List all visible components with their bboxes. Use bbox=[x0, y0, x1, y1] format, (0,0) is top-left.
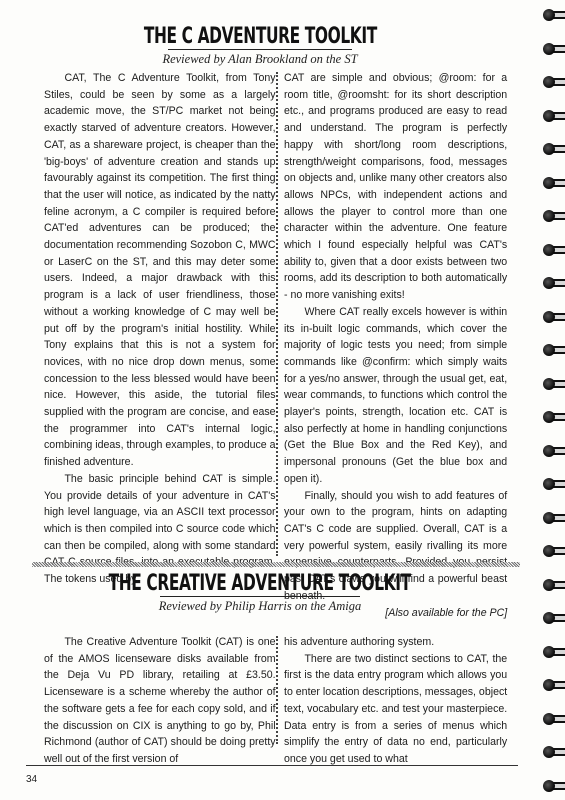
article1-header: THE C ADVENTURE TOOLKIT Reviewed by Alan… bbox=[0, 26, 520, 67]
article1-title: THE C ADVENTURE TOOLKIT bbox=[139, 26, 381, 48]
paragraph: his adventure authoring system. bbox=[284, 634, 507, 651]
spiral-ring-icon bbox=[543, 478, 565, 490]
spiral-ring-icon bbox=[543, 43, 565, 55]
spiral-ring-icon bbox=[543, 579, 565, 591]
article2-title: THE CREATIVE ADVENTURE TOOLKIT bbox=[104, 573, 415, 595]
article2-right-column: his adventure authoring system. There ar… bbox=[284, 634, 507, 768]
spiral-ring-icon bbox=[543, 612, 565, 624]
title-underline bbox=[168, 49, 352, 50]
spiral-ring-icon bbox=[543, 244, 565, 256]
spiral-ring-icon bbox=[543, 545, 565, 557]
spiral-ring-icon bbox=[543, 780, 565, 792]
footer-rule bbox=[26, 765, 518, 766]
article-separator bbox=[32, 562, 520, 567]
paragraph: There are two distinct sections to CAT, … bbox=[284, 651, 507, 768]
article1-right-column: CAT are simple and obvious; @room: for a… bbox=[284, 70, 507, 621]
spiral-ring-icon bbox=[543, 177, 565, 189]
article2-byline: Reviewed by Philip Harris on the Amiga bbox=[0, 599, 520, 614]
article1-byline: Reviewed by Alan Brookland on the ST bbox=[0, 52, 520, 67]
spiral-ring-icon bbox=[543, 110, 565, 122]
spiral-ring-icon bbox=[543, 445, 565, 457]
spiral-ring-icon bbox=[543, 679, 565, 691]
spiral-ring-icon bbox=[543, 746, 565, 758]
spiral-ring-icon bbox=[543, 143, 565, 155]
column-divider bbox=[276, 72, 278, 556]
spiral-ring-icon bbox=[543, 378, 565, 390]
spiral-ring-icon bbox=[543, 713, 565, 725]
paragraph: CAT, The C Adventure Toolkit, from Tony … bbox=[44, 70, 276, 471]
title-underline bbox=[160, 596, 360, 597]
spiral-ring-icon bbox=[543, 9, 565, 21]
page-number: 34 bbox=[26, 774, 37, 785]
spiral-ring-icon bbox=[543, 311, 565, 323]
article2-header: THE CREATIVE ADVENTURE TOOLKIT Reviewed … bbox=[0, 573, 520, 614]
magazine-page: THE C ADVENTURE TOOLKIT Reviewed by Alan… bbox=[0, 0, 565, 800]
spiral-ring-icon bbox=[543, 344, 565, 356]
spiral-ring-icon bbox=[543, 411, 565, 423]
paragraph: The Creative Adventure Toolkit (CAT) is … bbox=[44, 634, 276, 768]
column-divider bbox=[276, 636, 278, 744]
spiral-ring-icon bbox=[543, 646, 565, 658]
article1-left-column: CAT, The C Adventure Toolkit, from Tony … bbox=[44, 70, 276, 588]
spiral-ring-icon bbox=[543, 277, 565, 289]
paragraph: CAT are simple and obvious; @room: for a… bbox=[284, 70, 507, 304]
spiral-ring-icon bbox=[543, 512, 565, 524]
spiral-ring-icon bbox=[543, 76, 565, 88]
paragraph: Where CAT really excels however is withi… bbox=[284, 304, 507, 488]
spiral-ring-icon bbox=[543, 210, 565, 222]
article2-left-column: The Creative Adventure Toolkit (CAT) is … bbox=[44, 634, 276, 768]
spiral-binding bbox=[535, 0, 565, 800]
